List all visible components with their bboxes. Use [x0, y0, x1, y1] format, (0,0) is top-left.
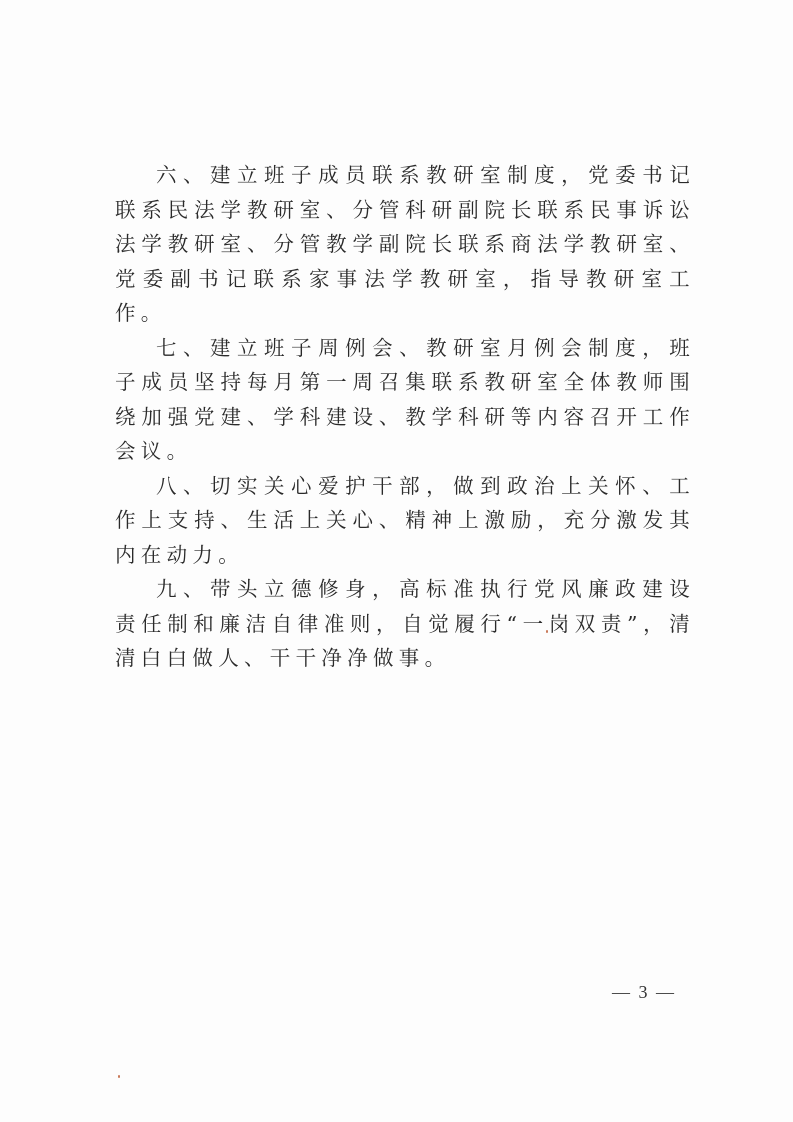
- paragraph-6: 六、建立班子成员联系教研室制度，党委书记联系民法学教研室、分管科研副院长联系民事…: [115, 158, 695, 331]
- paragraph-7: 七、建立班子周例会、教研室月例会制度，班子成员坚持每月第一周召集联系教研室全体教…: [115, 331, 695, 469]
- page-number: — 3 —: [612, 982, 676, 1003]
- document-body: 六、建立班子成员联系教研室制度，党委书记联系民法学教研室、分管科研副院长联系民事…: [115, 158, 695, 676]
- paragraph-8: 八、切实关心爱护干部，做到政治上关怀、工作上支持、生活上关心、精神上激励，充分激…: [115, 469, 695, 573]
- scan-speck: [546, 630, 548, 633]
- scan-speck: [118, 1075, 120, 1078]
- paragraph-9: 九、带头立德修身，高标准执行党风廉政建设责任制和廉洁自律准则，自觉履行“一岗双责…: [115, 572, 695, 676]
